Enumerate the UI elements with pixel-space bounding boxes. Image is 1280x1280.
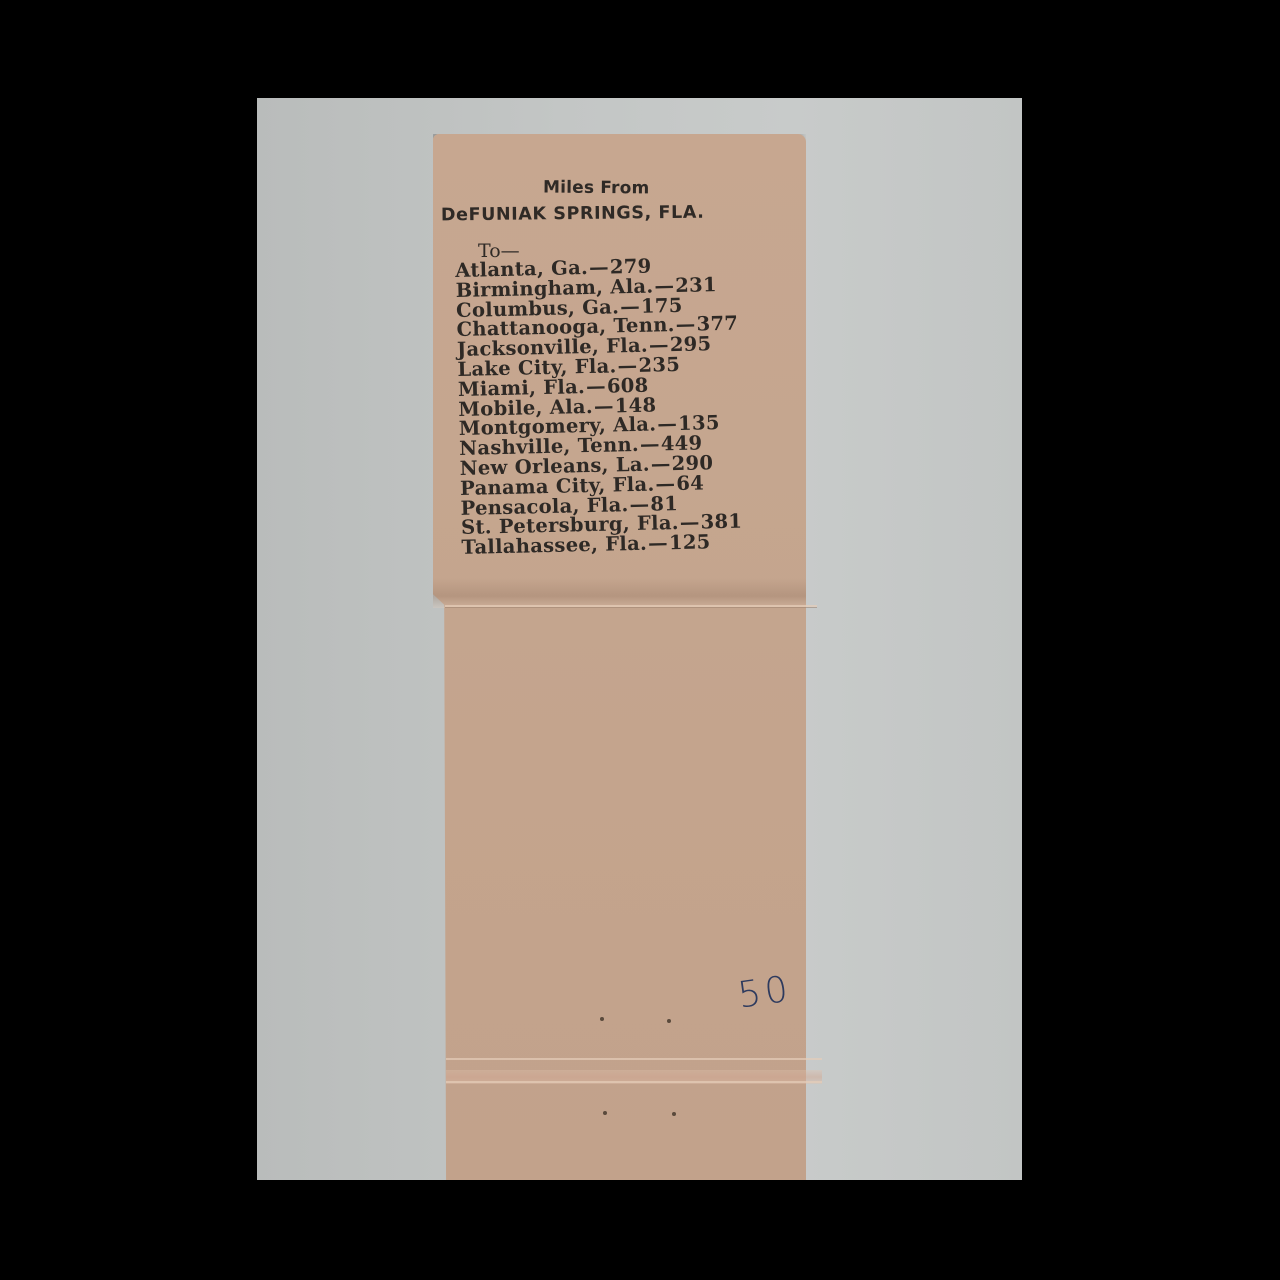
heading-origin-town: DeFUNIAK SPRINGS, FLA. xyxy=(441,203,705,226)
bottom-fold-line xyxy=(446,1081,822,1083)
distance-list: Atlanta, Ga.—279Birmingham, Ala.—231Colu… xyxy=(455,255,743,558)
staple-mark xyxy=(603,1111,607,1115)
mileage-value: 64 xyxy=(676,471,704,495)
staple-mark xyxy=(600,1017,604,1021)
heading-miles-from: Miles From xyxy=(543,178,650,199)
flap-fold-shadow xyxy=(445,607,817,608)
mileage-value: 125 xyxy=(669,530,711,554)
city-name: Tallahassee, Fla. xyxy=(461,532,647,559)
handwritten-note: 50 xyxy=(735,968,794,1016)
cover-flap-edge xyxy=(433,578,806,608)
dash-separator: — xyxy=(648,531,668,554)
striker-fold-line xyxy=(446,1058,822,1060)
staple-mark xyxy=(667,1019,671,1023)
staple-mark xyxy=(672,1112,676,1116)
